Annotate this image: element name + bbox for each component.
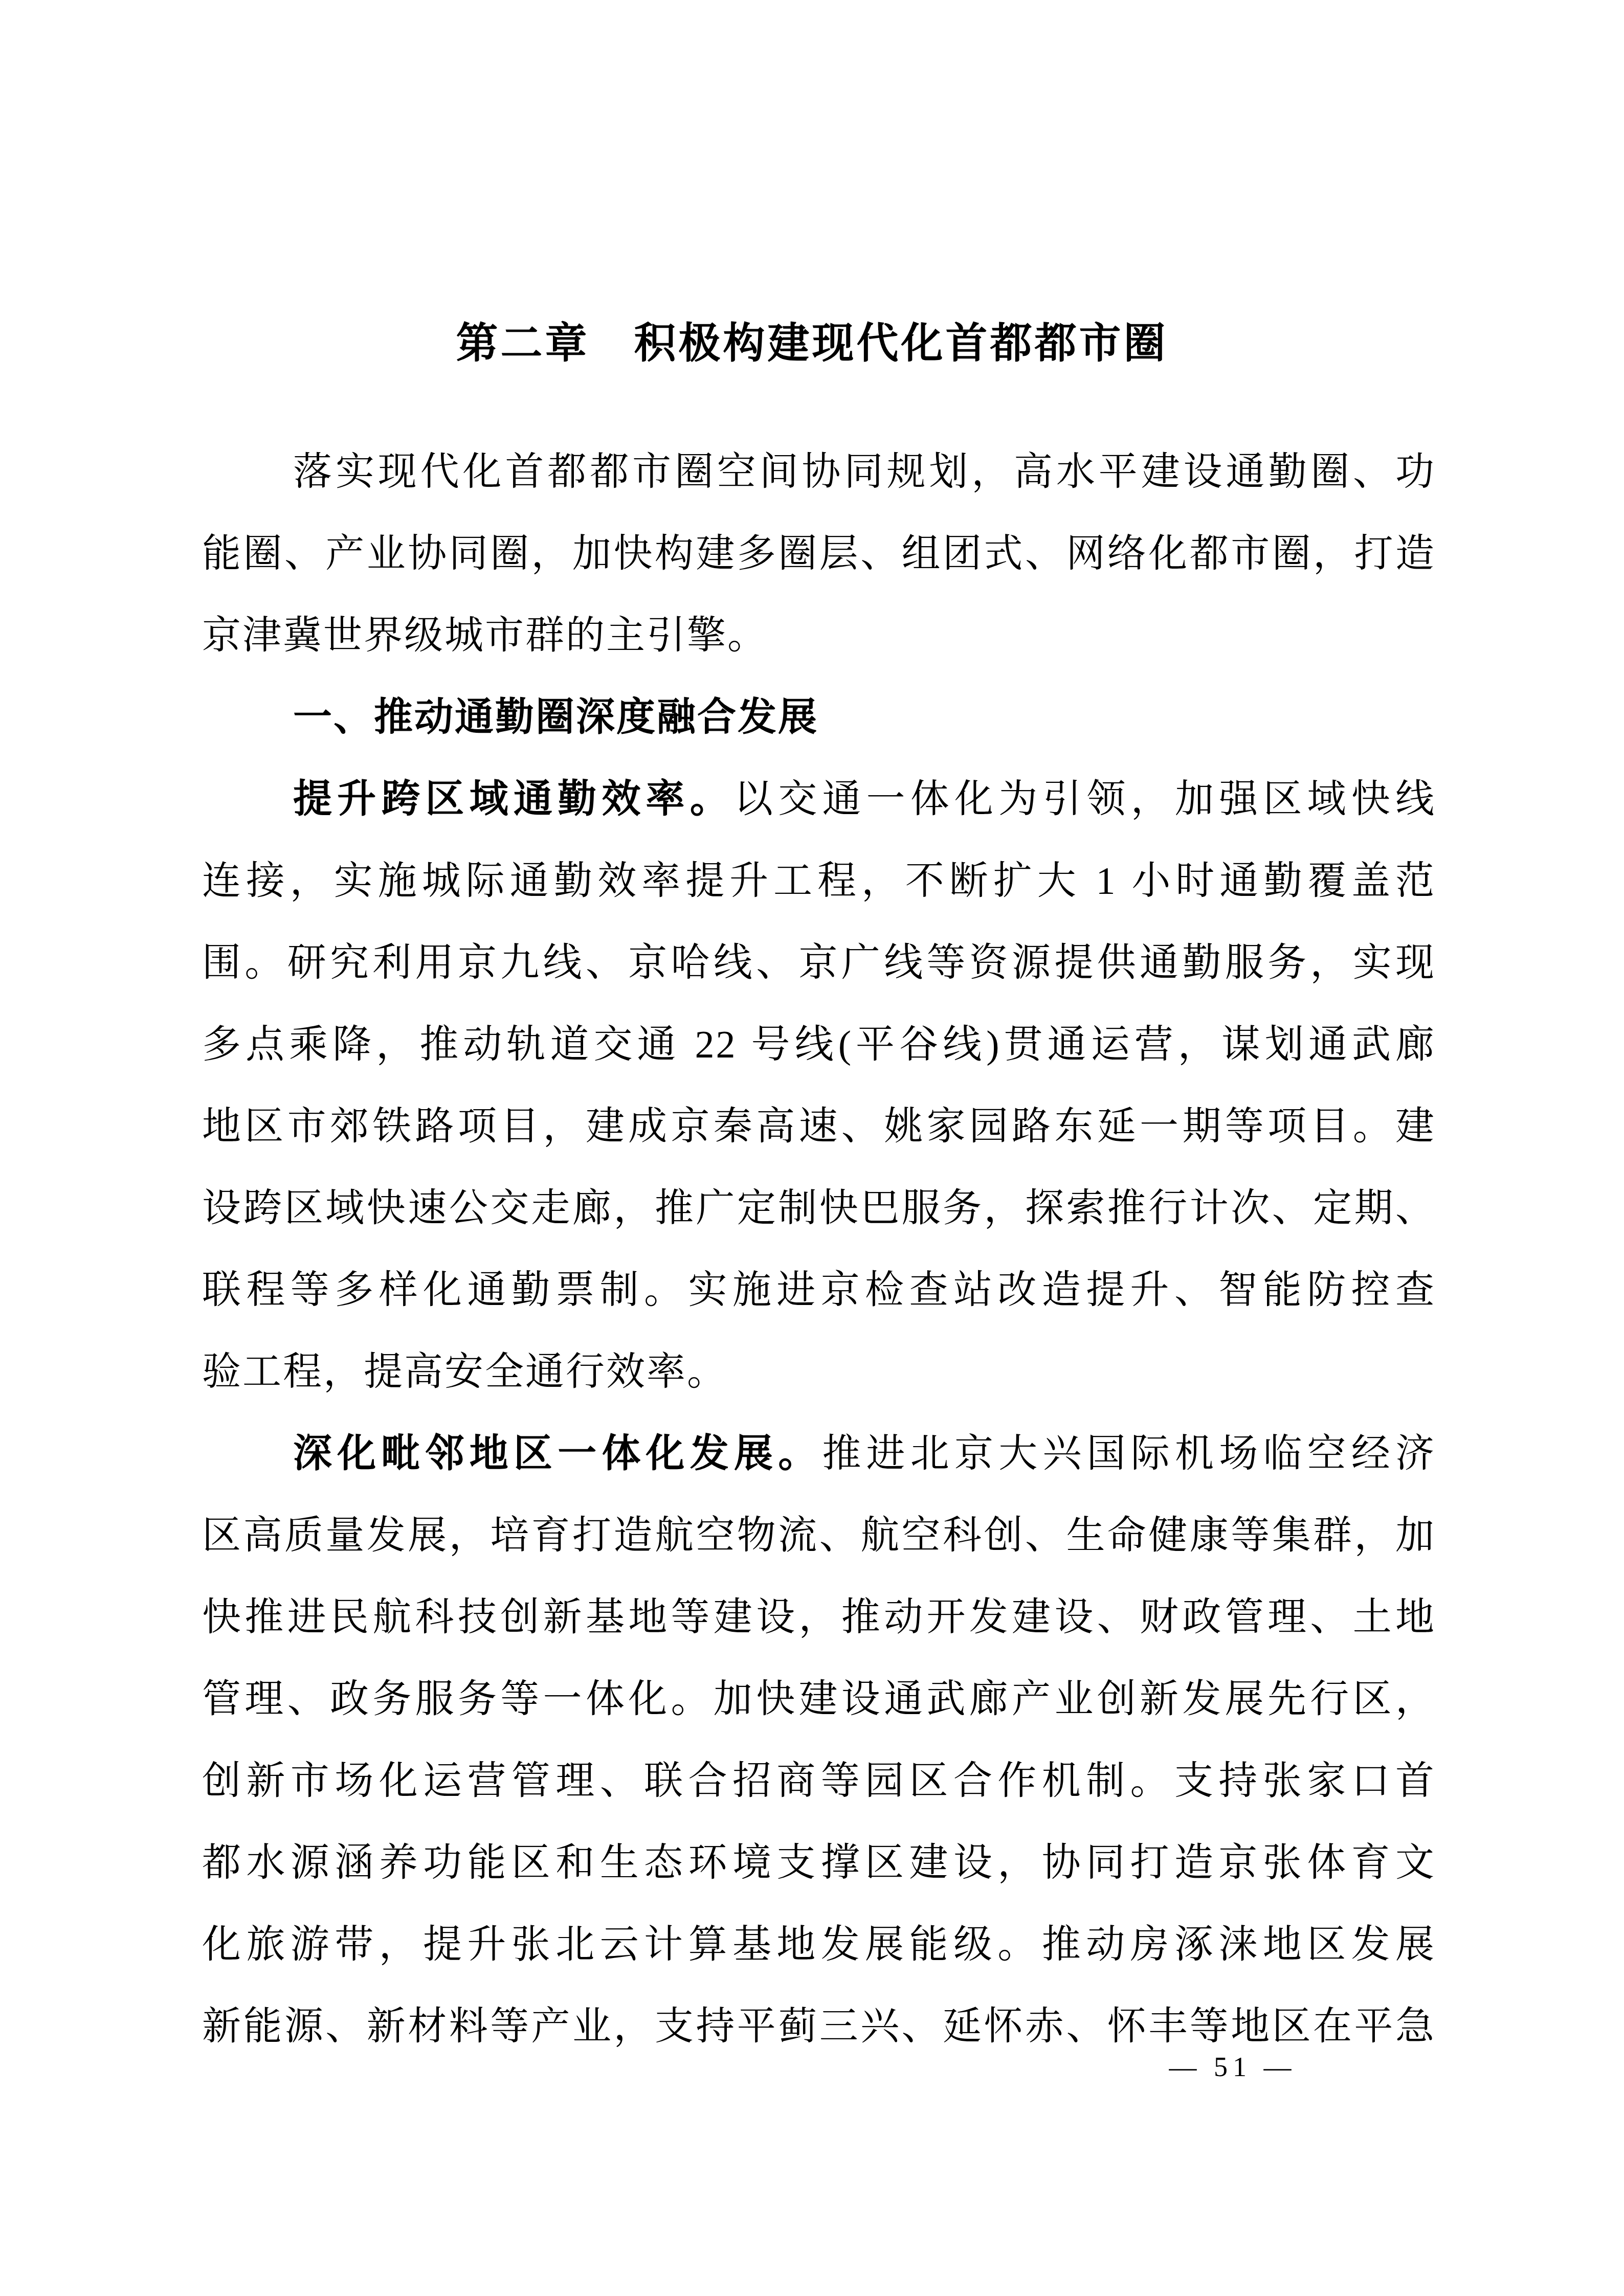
paragraph-line: 都水源涵养功能区和生态环境支撑区建设，协同打造京张体育文 — [202, 1822, 1436, 1904]
document-page: 第二章 积极构建现代化首都都市圈 落实现代化首都都市圈空间协同规划，高水平建设通… — [0, 0, 1624, 2296]
paragraph-text: 推进北京大兴国际机场临空经济 — [822, 1432, 1436, 1475]
paragraph-line: 设跨区域快速公交走廊，推广定制快巴服务，探索推行计次、定期、 — [202, 1167, 1436, 1249]
paragraph-text: 以交通一体化为引领，加强区域快线 — [734, 778, 1436, 821]
paragraph-line: 联程等多样化通勤票制。实施进京检查站改造提升、智能防控查 — [202, 1249, 1436, 1331]
paragraph-line: 深化毗邻地区一体化发展。推进北京大兴国际机场临空经济 — [202, 1413, 1436, 1495]
paragraph-line: 区高质量发展，培育打造航空物流、航空科创、生命健康等集群，加 — [202, 1495, 1436, 1577]
paragraph-line: 化旅游带，提升张北云计算基地发展能级。推动房涿涞地区发展 — [202, 1904, 1436, 1986]
section-heading: 一、推动通勤圈深度融合发展 — [202, 677, 1436, 758]
paragraph-line: 提升跨区域通勤效率。以交通一体化为引领，加强区域快线 — [202, 758, 1436, 840]
paragraph-line: 多点乘降，推动轨道交通 22 号线(平谷线)贯通运营，谋划通武廊 — [202, 1004, 1436, 1086]
bold-lead-sentence: 提升跨区域通勤效率。 — [293, 777, 734, 821]
paragraph-line: 地区市郊铁路项目，建成京秦高速、姚家园路东延一期等项目。建 — [202, 1086, 1436, 1167]
bold-lead-sentence: 深化毗邻地区一体化发展。 — [293, 1432, 822, 1475]
paragraph-line: 能圈、产业协同圈，加快构建多圈层、组团式、网络化都市圈，打造 — [202, 513, 1436, 595]
paragraph-line: 连接，实施城际通勤效率提升工程，不断扩大 1 小时通勤覆盖范 — [202, 840, 1436, 922]
body-text: 落实现代化首都都市圈空间协同规划，高水平建设通勤圈、功 能圈、产业协同圈，加快构… — [202, 431, 1436, 2067]
chapter-title: 第二章 积极构建现代化首都都市圈 — [0, 318, 1624, 369]
paragraph-line: 创新市场化运营管理、联合招商等园区合作机制。支持张家口首 — [202, 1740, 1436, 1822]
paragraph-line: 管理、政务服务等一体化。加快建设通武廊产业创新发展先行区， — [202, 1658, 1436, 1740]
paragraph-line: 京津冀世界级城市群的主引擎。 — [202, 595, 1436, 677]
paragraph-line: 快推进民航科技创新基地等建设，推动开发建设、财政管理、土地 — [202, 1577, 1436, 1658]
paragraph-line: 验工程，提高安全通行效率。 — [202, 1331, 1436, 1413]
paragraph-line: 落实现代化首都都市圈空间协同规划，高水平建设通勤圈、功 — [202, 431, 1436, 513]
page-number: — 51 — — [1133, 2051, 1332, 2083]
paragraph-line: 围。研究利用京九线、京哈线、京广线等资源提供通勤服务，实现 — [202, 922, 1436, 1004]
